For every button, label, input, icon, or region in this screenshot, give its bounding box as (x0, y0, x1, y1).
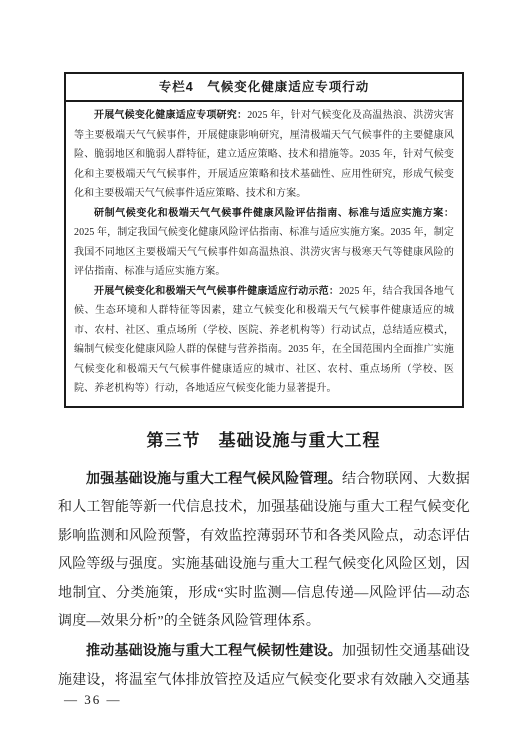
body-paragraph-lead: 加强基础设施与重大工程气候风险管理。 (86, 470, 342, 486)
body-paragraph-text: 结合物联网、大数据和人工智能等新一代信息技术，加强基础设施与重大工程气候变化影响… (58, 472, 470, 629)
document-page: 专栏4 气候变化健康适应专项行动 开展气候变化健康适应专项研究：2025 年，针… (0, 0, 527, 747)
callout-paragraph-lead: 开展气候变化和极端天气气候事件健康适应行动示范： (94, 286, 339, 297)
body-paragraph: 推动基础设施与重大工程气候韧性建设。加强韧性交通基础设施建设，将温室气体排放管控… (58, 636, 470, 695)
callout-paragraph: 研制气候变化和极端天气气候事件健康风险评估指南、标准与适应实施方案：2025 年… (74, 204, 454, 282)
callout-paragraph: 开展气候变化和极端天气气候事件健康适应行动示范：2025 年，结合我国各地气候、… (74, 282, 454, 399)
main-body-text: 加强基础设施与重大工程气候风险管理。结合物联网、大数据和人工智能等新一代信息技术… (58, 464, 470, 695)
section-heading: 第三节 基础设施与重大工程 (0, 426, 527, 451)
callout-paragraph-text: 2025 年，制定我国气候变化健康风险评估指南、标准与适应实施方案。2035 年… (74, 227, 454, 277)
callout-paragraph-text: 2025 年，结合我国各地气候、生态环境和人群特征等因素，建立气候变化和极端天气… (74, 286, 454, 395)
callout-box-4: 专栏4 气候变化健康适应专项行动 开展气候变化健康适应专项研究：2025 年，针… (64, 72, 464, 408)
callout-box-title: 专栏4 气候变化健康适应专项行动 (66, 74, 462, 102)
body-paragraph-lead: 推动基础设施与重大工程气候韧性建设。 (86, 642, 342, 658)
page-number: — 36 — (64, 692, 122, 708)
callout-paragraph-lead: 研制气候变化和极端天气气候事件健康风险评估指南、标准与适应实施方案： (94, 208, 454, 219)
callout-paragraph-text: 2025 年，针对气候变化及高温热浪、洪涝灾害等主要极端天气气候事件，开展健康影… (74, 110, 454, 199)
callout-box-body: 开展气候变化健康适应专项研究：2025 年，针对气候变化及高温热浪、洪涝灾害等主… (66, 102, 462, 406)
callout-paragraph: 开展气候变化健康适应专项研究：2025 年，针对气候变化及高温热浪、洪涝灾害等主… (74, 106, 454, 204)
body-paragraph: 加强基础设施与重大工程气候风险管理。结合物联网、大数据和人工智能等新一代信息技术… (58, 464, 470, 636)
callout-paragraph-lead: 开展气候变化健康适应专项研究： (94, 110, 247, 121)
